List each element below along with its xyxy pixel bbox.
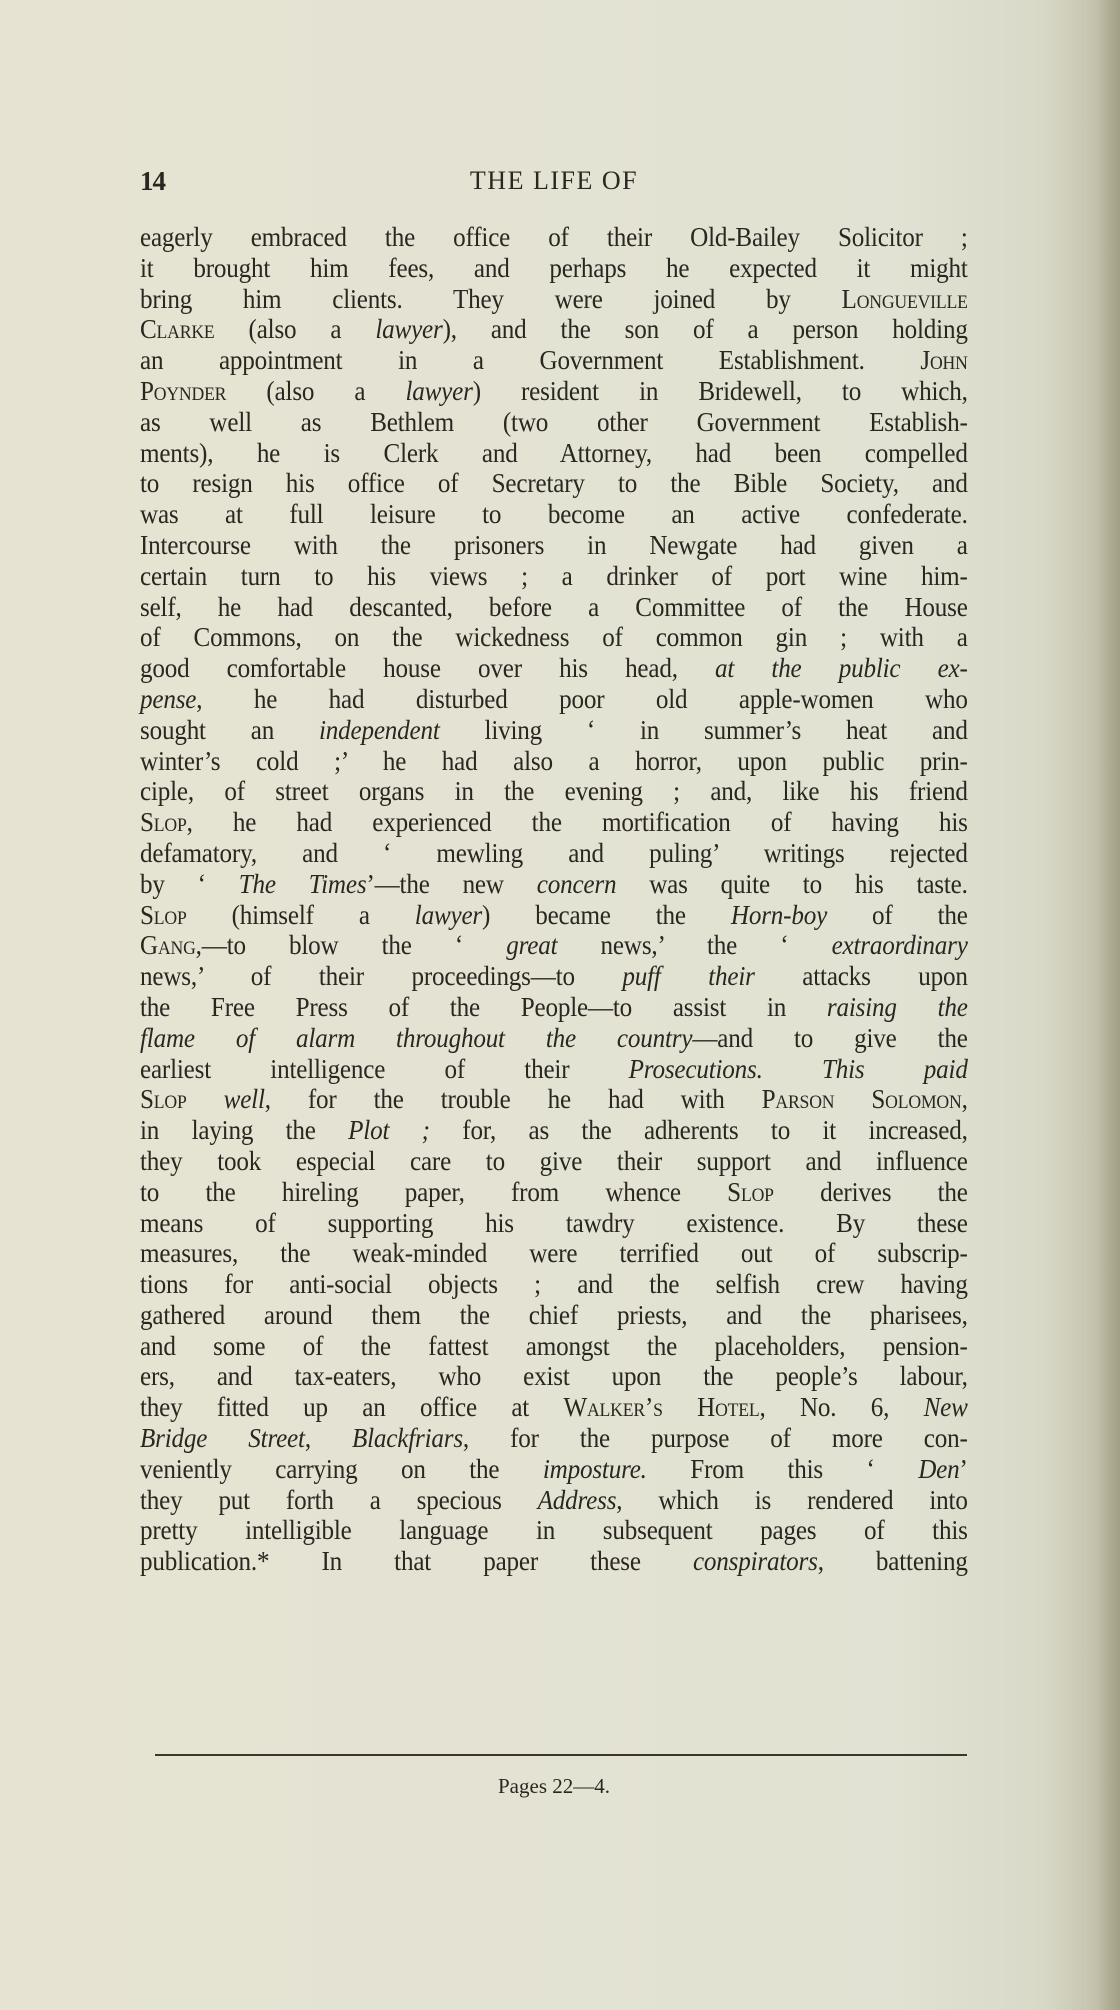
text-run: tions for anti-social objects ; and the … — [140, 1269, 968, 1299]
text-run: , — [305, 1423, 352, 1453]
text-line: Slop, he had experienced the mortificati… — [140, 807, 968, 838]
italic-text: pense — [140, 684, 196, 714]
text-line: of Commons, on the wickedness of common … — [140, 622, 968, 653]
italic-text: Plot ; — [348, 1115, 430, 1145]
italic-text: Blackfriars — [352, 1423, 463, 1453]
text-run: derives the — [774, 1177, 968, 1207]
text-run: ciple, of street organs in the evening ;… — [140, 776, 968, 806]
text-run: in laying the — [140, 1115, 348, 1145]
text-line: in laying the Plot ; for, as the adheren… — [140, 1115, 968, 1146]
text-run: Intercourse with the prisoners in Newgat… — [140, 530, 968, 560]
text-run: was quite to his taste. — [616, 869, 967, 899]
text-line: certain turn to his views ; a drinker of… — [140, 561, 968, 592]
text-run: , No. 6, — [759, 1392, 923, 1422]
text-run: gathered around them the chief priests, … — [140, 1300, 968, 1330]
text-line: as well as Bethlem (two other Government… — [140, 407, 968, 438]
running-title: THE LIFE OF — [140, 166, 968, 196]
text-line: Poynder (also a lawyer) resident in Brid… — [140, 376, 968, 407]
book-page: 14 THE LIFE OF eagerly embraced the offi… — [0, 0, 1120, 2010]
italic-text: lawyer — [375, 314, 442, 344]
text-line: pretty intelligible language in subseque… — [140, 1515, 968, 1546]
text-run: , which is rendered into — [616, 1485, 967, 1515]
text-line: ciple, of street organs in the evening ;… — [140, 776, 968, 807]
text-run: —and to give the — [692, 1023, 967, 1053]
text-run: sought an — [140, 715, 319, 745]
italic-text: Horn-boy — [731, 900, 827, 930]
text-run: , battening — [818, 1546, 968, 1576]
text-run: ments), he is Clerk and Attorney, had be… — [140, 438, 968, 468]
text-run: earliest intelligence of their — [140, 1054, 629, 1084]
text-line: Bridge Street, Blackfriars, for the purp… — [140, 1423, 968, 1454]
text-run: they fitted up an office at — [140, 1392, 563, 1422]
text-line: they took especial care to give their su… — [140, 1146, 968, 1177]
text-run: publication.* In that paper these — [140, 1546, 693, 1576]
text-run: ers, and tax-eaters, who exist upon the … — [140, 1361, 968, 1391]
text-run: of Commons, on the wickedness of common … — [140, 622, 968, 652]
small-caps-text: Slop — [727, 1177, 774, 1207]
italic-text: independent — [319, 715, 440, 745]
italic-text: well — [224, 1084, 265, 1114]
text-line: they fitted up an office at Walker’s Hot… — [140, 1392, 968, 1423]
body-text: eagerly embraced the office of their Old… — [140, 222, 968, 1577]
text-line: Slop well, for the trouble he had with P… — [140, 1084, 968, 1115]
text-run: was at full leisure to become an active … — [140, 499, 968, 529]
text-line: the Free Press of the People—to assist i… — [140, 992, 968, 1023]
text-run: , for the purpose of more con- — [463, 1423, 968, 1453]
italic-text: Bridge Street — [140, 1423, 305, 1453]
text-line: measures, the weak-minded were terrified… — [140, 1238, 968, 1269]
text-run: to resign his office of Secretary to the… — [140, 468, 968, 498]
text-line: Intercourse with the prisoners in Newgat… — [140, 530, 968, 561]
small-caps-text: Slop — [140, 900, 187, 930]
text-run: they took especial care to give their su… — [140, 1146, 968, 1176]
text-run — [763, 1054, 822, 1084]
text-run: pretty intelligible language in subseque… — [140, 1515, 968, 1545]
text-run: , — [962, 1084, 968, 1114]
italic-text: Den — [918, 1454, 959, 1484]
italic-text: The Times — [239, 869, 367, 899]
text-run: eagerly embraced the office of their Old… — [140, 222, 968, 252]
text-run: living ‘ in summer’s heat and — [440, 715, 968, 745]
text-line: by ‘ The Times’—the new concern was quit… — [140, 869, 968, 900]
text-line: self, he had descanted, before a Committ… — [140, 592, 968, 623]
text-run: ’—the new — [366, 869, 536, 899]
text-run: for, as the adherents to it increased, — [430, 1115, 968, 1145]
text-line: ments), he is Clerk and Attorney, had be… — [140, 438, 968, 469]
text-run: news,’ of their proceedings—to — [140, 961, 622, 991]
footnote: Pages 22—4. — [140, 1774, 968, 1799]
text-line: earliest intelligence of their Prosecuti… — [140, 1054, 968, 1085]
italic-text: Prosecutions. — [629, 1054, 763, 1084]
italic-text: conspirators — [693, 1546, 818, 1576]
text-line: gathered around them the chief priests, … — [140, 1300, 968, 1331]
text-line: to the hireling paper, from whence Slop … — [140, 1177, 968, 1208]
text-run: bring him clients. They were joined by — [140, 284, 842, 314]
italic-text: This paid — [822, 1054, 968, 1084]
text-run: the Free Press of the People—to assist i… — [140, 992, 827, 1022]
text-run: ) became the — [482, 900, 731, 930]
text-line: it brought him fees, and perhaps he expe… — [140, 253, 968, 284]
text-line: veniently carrying on the imposture. Fro… — [140, 1454, 968, 1485]
running-head: 14 THE LIFE OF — [140, 166, 968, 200]
italic-text: great — [506, 930, 557, 960]
text-line: Clarke (also a lawyer), and the son of a… — [140, 314, 968, 345]
text-run: From this ‘ — [647, 1454, 918, 1484]
text-line: flame of alarm throughout the country—an… — [140, 1023, 968, 1054]
text-run: measures, the weak-minded were terrified… — [140, 1238, 968, 1268]
text-line: Gang,—to blow the ‘ great news,’ the ‘ e… — [140, 930, 968, 961]
small-caps-text: Poynder — [140, 376, 226, 406]
text-run: means of supporting his tawdry existence… — [140, 1208, 968, 1238]
text-line: was at full leisure to become an active … — [140, 499, 968, 530]
italic-text: lawyer — [415, 900, 482, 930]
italic-text: extraordinary — [832, 930, 968, 960]
text-run: , he had experienced the mortification o… — [187, 807, 968, 837]
text-line: to resign his office of Secretary to the… — [140, 468, 968, 499]
text-line: and some of the fattest amongst the plac… — [140, 1331, 968, 1362]
text-run: attacks upon — [755, 961, 968, 991]
italic-text: lawyer — [405, 376, 472, 406]
text-run: ) resident in Bridewell, to which, — [473, 376, 968, 406]
text-run: winter’s cold ;’ he had also a horror, u… — [140, 746, 968, 776]
small-caps-text: Clarke — [140, 314, 215, 344]
text-run: , for the trouble he had with — [265, 1084, 762, 1114]
text-line: ers, and tax-eaters, who exist upon the … — [140, 1361, 968, 1392]
text-line: pense, he had disturbed poor old apple-w… — [140, 684, 968, 715]
italic-text: concern — [537, 869, 617, 899]
text-run: they put forth a specious — [140, 1485, 538, 1515]
small-caps-text: Longueville — [842, 284, 968, 314]
text-line: means of supporting his tawdry existence… — [140, 1208, 968, 1239]
small-caps-text: Parson Solomon — [762, 1084, 962, 1114]
small-caps-text: Slop — [140, 807, 187, 837]
text-run: (also a — [226, 376, 405, 406]
text-line: sought an independent living ‘ in summer… — [140, 715, 968, 746]
italic-text: raising the — [827, 992, 968, 1022]
text-run: self, he had descanted, before a Committ… — [140, 592, 968, 622]
italic-text: imposture. — [543, 1454, 647, 1484]
text-run: an appointment in a Government Establish… — [140, 345, 920, 375]
text-run: by ‘ — [140, 869, 239, 899]
small-caps-text: Slop — [140, 1084, 187, 1114]
italic-text: puff their — [622, 961, 754, 991]
text-run: defamatory, and ‘ mewling and puling’ wr… — [140, 838, 968, 868]
text-line: good comfortable house over his head, at… — [140, 653, 968, 684]
text-line: news,’ of their proceedings—to puff thei… — [140, 961, 968, 992]
text-line: Slop (himself a lawyer) became the Horn-… — [140, 900, 968, 931]
page-edge-shadow — [1098, 0, 1120, 2010]
italic-text: at the public ex- — [715, 653, 968, 683]
text-run: ’ — [960, 1454, 968, 1484]
italic-text: New — [924, 1392, 968, 1422]
text-run: good comfortable house over his head, — [140, 653, 715, 683]
text-run: veniently carrying on the — [140, 1454, 543, 1484]
text-run: ,—to blow the ‘ — [196, 930, 507, 960]
text-line: they put forth a specious Address, which… — [140, 1485, 968, 1516]
text-line: publication.* In that paper these conspi… — [140, 1546, 968, 1577]
text-line: bring him clients. They were joined by L… — [140, 284, 968, 315]
text-line: winter’s cold ;’ he had also a horror, u… — [140, 746, 968, 777]
small-caps-text: Walker’s Hotel — [563, 1392, 759, 1422]
text-run: ), and the son of a person holding — [443, 314, 968, 344]
small-caps-text: John — [920, 345, 967, 375]
text-line: an appointment in a Government Establish… — [140, 345, 968, 376]
text-run: it brought him fees, and perhaps he expe… — [140, 253, 968, 283]
text-run: certain turn to his views ; a drinker of… — [140, 561, 968, 591]
text-run: (also a — [215, 314, 376, 344]
footnote-rule — [155, 1754, 967, 1756]
text-run: to the hireling paper, from whence — [140, 1177, 727, 1207]
text-run: and some of the fattest amongst the plac… — [140, 1331, 968, 1361]
text-run: (himself a — [187, 900, 415, 930]
text-run: news,’ the ‘ — [557, 930, 831, 960]
italic-text: Address — [538, 1485, 617, 1515]
text-line: defamatory, and ‘ mewling and puling’ wr… — [140, 838, 968, 869]
text-run — [187, 1084, 224, 1114]
text-run: of the — [827, 900, 968, 930]
text-line: eagerly embraced the office of their Old… — [140, 222, 968, 253]
text-run: as well as Bethlem (two other Government… — [140, 407, 968, 437]
text-run: , he had disturbed poor old apple-women … — [196, 684, 967, 714]
text-line: tions for anti-social objects ; and the … — [140, 1269, 968, 1300]
italic-text: flame of alarm throughout the country — [140, 1023, 692, 1053]
small-caps-text: Gang — [140, 930, 196, 960]
